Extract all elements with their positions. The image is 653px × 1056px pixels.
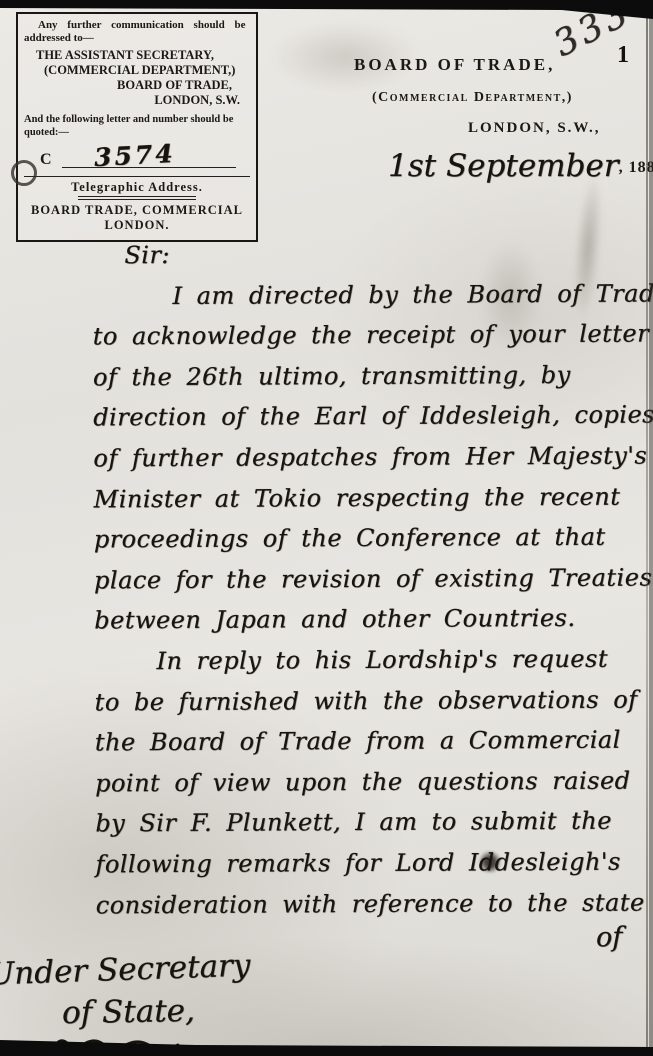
body-line: the Board of Trade from a Commercial bbox=[83, 720, 645, 764]
body-line: following remarks for Lord Iddesleigh's bbox=[83, 841, 645, 885]
reference-letter: C bbox=[40, 151, 52, 169]
paper-edge-line bbox=[646, 0, 648, 1056]
body-line: In reply to his Lordship's request bbox=[82, 638, 644, 682]
stamp-quote-line: quoted:— bbox=[24, 127, 250, 140]
footer-addressee-line: of State, bbox=[62, 993, 195, 1031]
body-line: proceedings of the Conference at that bbox=[82, 517, 644, 561]
stamp-notice-line: addressed to— bbox=[24, 32, 250, 45]
footer-addressee-line: Under Secretary bbox=[0, 947, 251, 992]
catchword: of bbox=[596, 922, 622, 953]
reference-number-row: C 3574 bbox=[24, 142, 250, 172]
reference-stamp-box: Any further communication should be addr… bbox=[16, 12, 258, 242]
salutation: Sir: bbox=[80, 233, 642, 277]
stamp-addressee-line: LONDON, S.W. bbox=[24, 93, 250, 108]
stamp-addressee-line: THE ASSISTANT SECRETARY, bbox=[24, 48, 250, 63]
body-line: I am directed by the Board of Trade bbox=[80, 273, 642, 317]
stamp-quote-line: And the following letter and number shou… bbox=[24, 114, 250, 127]
body-line: consideration with reference to the stat… bbox=[84, 882, 646, 926]
stamp-addressee-line: BOARD OF TRADE, bbox=[24, 78, 250, 93]
letterhead-sub-department: (Commercial Department,) bbox=[372, 90, 573, 106]
body-line: Minister at Tokio respecting the recent bbox=[81, 476, 643, 520]
stamp-addressee: THE ASSISTANT SECRETARY, (COMMERCIAL DEP… bbox=[24, 48, 250, 108]
telegraphic-address-line: LONDON. bbox=[24, 218, 250, 233]
body-line: between Japan and other Countries. bbox=[82, 598, 644, 642]
reference-number-handwritten: 3574 bbox=[93, 139, 176, 172]
body-line: direction of the Earl of Iddesleigh, cop… bbox=[81, 395, 643, 439]
letterhead-city: LONDON, S.W., bbox=[468, 120, 601, 137]
stamp-notice-line: Any further communication should be bbox=[24, 19, 250, 32]
body-line: of the 26th ultimo, transmitting, by bbox=[81, 354, 643, 398]
body-line: to be furnished with the observations of bbox=[83, 679, 645, 723]
date-line: 1st September, 1886. bbox=[388, 148, 653, 184]
body-line: of further despatches from Her Majesty's bbox=[81, 435, 643, 479]
stamp-notice: Any further communication should be addr… bbox=[24, 19, 250, 45]
circular-stamp-mark-icon bbox=[11, 160, 37, 186]
body-line: place for the revision of existing Treat… bbox=[82, 557, 644, 601]
stamp-addressee-line: (COMMERCIAL DEPARTMENT,) bbox=[24, 63, 250, 78]
scanned-letter-page: Any further communication should be addr… bbox=[0, 0, 653, 1056]
page-number: 1 bbox=[617, 42, 629, 69]
letter-body: Sir: I am directed by the Board of Trade… bbox=[80, 233, 646, 926]
scan-edge-right bbox=[649, 0, 653, 1056]
telegraphic-address-line: BOARD TRADE, COMMERCIAL bbox=[24, 203, 250, 218]
stamp-quote-notice: And the following letter and number shou… bbox=[24, 114, 250, 139]
divider-line bbox=[24, 176, 250, 177]
body-line: to acknowledge the receipt of your lette… bbox=[81, 314, 643, 358]
body-line: point of view upon the questions raised bbox=[83, 760, 645, 804]
letterhead-department: BOARD OF TRADE, bbox=[354, 55, 555, 75]
body-line: by Sir F. Plunkett, I am to submit the bbox=[83, 801, 645, 845]
double-underline bbox=[78, 196, 196, 200]
date-handwritten: 1st September bbox=[388, 148, 619, 184]
telegraphic-heading: Telegraphic Address. bbox=[24, 180, 250, 195]
